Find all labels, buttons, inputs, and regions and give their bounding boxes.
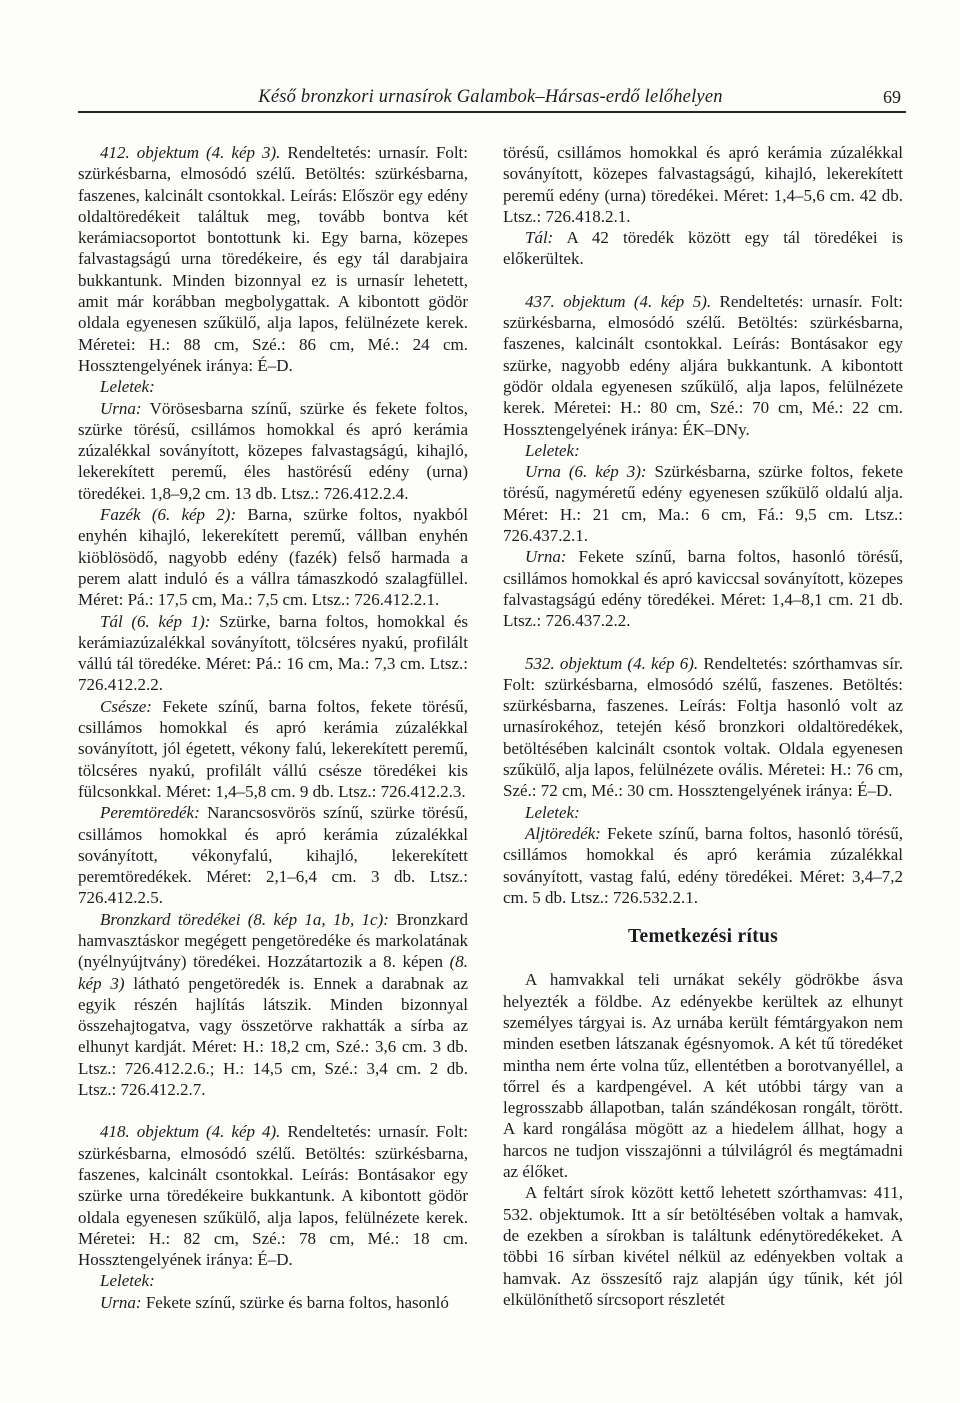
text-run: A feltárt sírok között kettő lehetett sz… <box>503 1183 903 1308</box>
italic-run: Urna: <box>525 547 567 566</box>
text-run: A hamvakkal teli urnákat sekély gödrökbe… <box>503 970 903 1181</box>
italic-run: Tál: <box>525 228 553 247</box>
paragraph: Peremtöredék: Narancsosvörös színű, szür… <box>78 802 468 908</box>
paragraph: Leletek: <box>78 1270 468 1291</box>
paragraph: Leletek: <box>503 802 903 823</box>
paragraph: Aljtöredék: Fekete színű, barna foltos, … <box>503 823 903 908</box>
paragraph: Fazék (6. kép 2): Barna, szürke foltos, … <box>78 504 468 610</box>
italic-run: Leletek: <box>100 377 155 396</box>
italic-run: Peremtöredék: <box>100 803 200 822</box>
paragraph: törésű, csillámos homokkal és apró kerám… <box>503 142 903 227</box>
header-rule <box>78 111 906 113</box>
text-run: látható pengetöredék is. Ennek a darabna… <box>78 974 468 1099</box>
section-heading: Temetkezési rítus <box>503 926 903 947</box>
page-number: 69 <box>883 86 901 108</box>
paragraph: Leletek: <box>503 440 903 461</box>
paragraph: Tál: A 42 töredék között egy tál töredék… <box>503 227 903 270</box>
italic-run: Urna: <box>100 1293 142 1312</box>
paragraph: 532. objektum (4. kép 6). Rendeltetés: s… <box>503 653 903 802</box>
paragraph: 418. objektum (4. kép 4). Rendeltetés: u… <box>78 1121 468 1270</box>
italic-run: 532. objektum (4. kép 6). <box>525 654 698 673</box>
paragraph: Urna: Vörösesbarna színű, szürke és feke… <box>78 398 468 504</box>
italic-run: 418. objektum (4. kép 4). <box>100 1122 280 1141</box>
italic-run: Tál (6. kép 1): <box>100 612 210 631</box>
italic-run: Urna: <box>100 399 142 418</box>
italic-run: Fazék (6. kép 2): <box>100 505 236 524</box>
paragraph: 412. objektum (4. kép 3). Rendeltetés: u… <box>78 142 468 376</box>
paragraph: A feltárt sírok között kettő lehetett sz… <box>503 1182 903 1310</box>
text-run: Rendeltetés: urnasír. Folt: szürkésbarna… <box>503 292 903 439</box>
paragraph: Csésze: Fekete színű, barna foltos, feke… <box>78 696 468 802</box>
text-run: Rendeltetés: urnasír. Folt: szürkésbarna… <box>78 1122 468 1269</box>
right-column: törésű, csillámos homokkal és apró kerám… <box>503 142 903 1313</box>
left-column: 412. objektum (4. kép 3). Rendeltetés: u… <box>78 142 468 1313</box>
paragraph: Bronzkard töredékei (8. kép 1a, 1b, 1c):… <box>78 909 468 1101</box>
italic-run: Leletek: <box>100 1271 155 1290</box>
italic-run: Leletek: <box>525 803 580 822</box>
paragraph: Leletek: <box>78 376 468 397</box>
paragraph: Urna (6. kép 3): Szürkésbarna, szürke fo… <box>503 461 903 546</box>
document-page: Késő bronzkori urnasírok Galambok–Hársas… <box>0 0 960 1403</box>
text-run: Fekete színű, szürke és barna foltos, ha… <box>142 1293 449 1312</box>
text-run: Rendeltetés: urnasír. Folt: szürkésbarna… <box>78 143 468 375</box>
text-run: Rendeltetés: szórthamvas sír. Folt: szür… <box>503 654 903 801</box>
italic-run: Aljtöredék: <box>525 824 601 843</box>
italic-run: Leletek: <box>525 441 580 460</box>
text-run: törésű, csillámos homokkal és apró kerám… <box>503 143 903 226</box>
paragraph: Urna: Fekete színű, szürke és barna folt… <box>78 1292 468 1313</box>
italic-run: Csésze: <box>100 697 152 716</box>
text-run: A 42 töredék között egy tál töredékei is… <box>503 228 903 268</box>
paragraph: Urna: Fekete színű, barna foltos, hasonl… <box>503 546 903 631</box>
page-header: Késő bronzkori urnasírok Galambok–Hársas… <box>78 86 903 108</box>
italic-run: Bronzkard töredékei (8. kép 1a, 1b, 1c): <box>100 910 389 929</box>
paragraph: Tál (6. kép 1): Szürke, barna foltos, ho… <box>78 611 468 696</box>
italic-run: Urna (6. kép 3): <box>525 462 647 481</box>
italic-run: 437. objektum (4. kép 5). <box>525 292 711 311</box>
paragraph: A hamvakkal teli urnákat sekély gödrökbe… <box>503 969 903 1182</box>
two-column-text: 412. objektum (4. kép 3). Rendeltetés: u… <box>78 142 903 1313</box>
running-title: Késő bronzkori urnasírok Galambok–Hársas… <box>78 86 903 108</box>
paragraph: 437. objektum (4. kép 5). Rendeltetés: u… <box>503 291 903 440</box>
italic-run: 412. objektum (4. kép 3). <box>100 143 280 162</box>
